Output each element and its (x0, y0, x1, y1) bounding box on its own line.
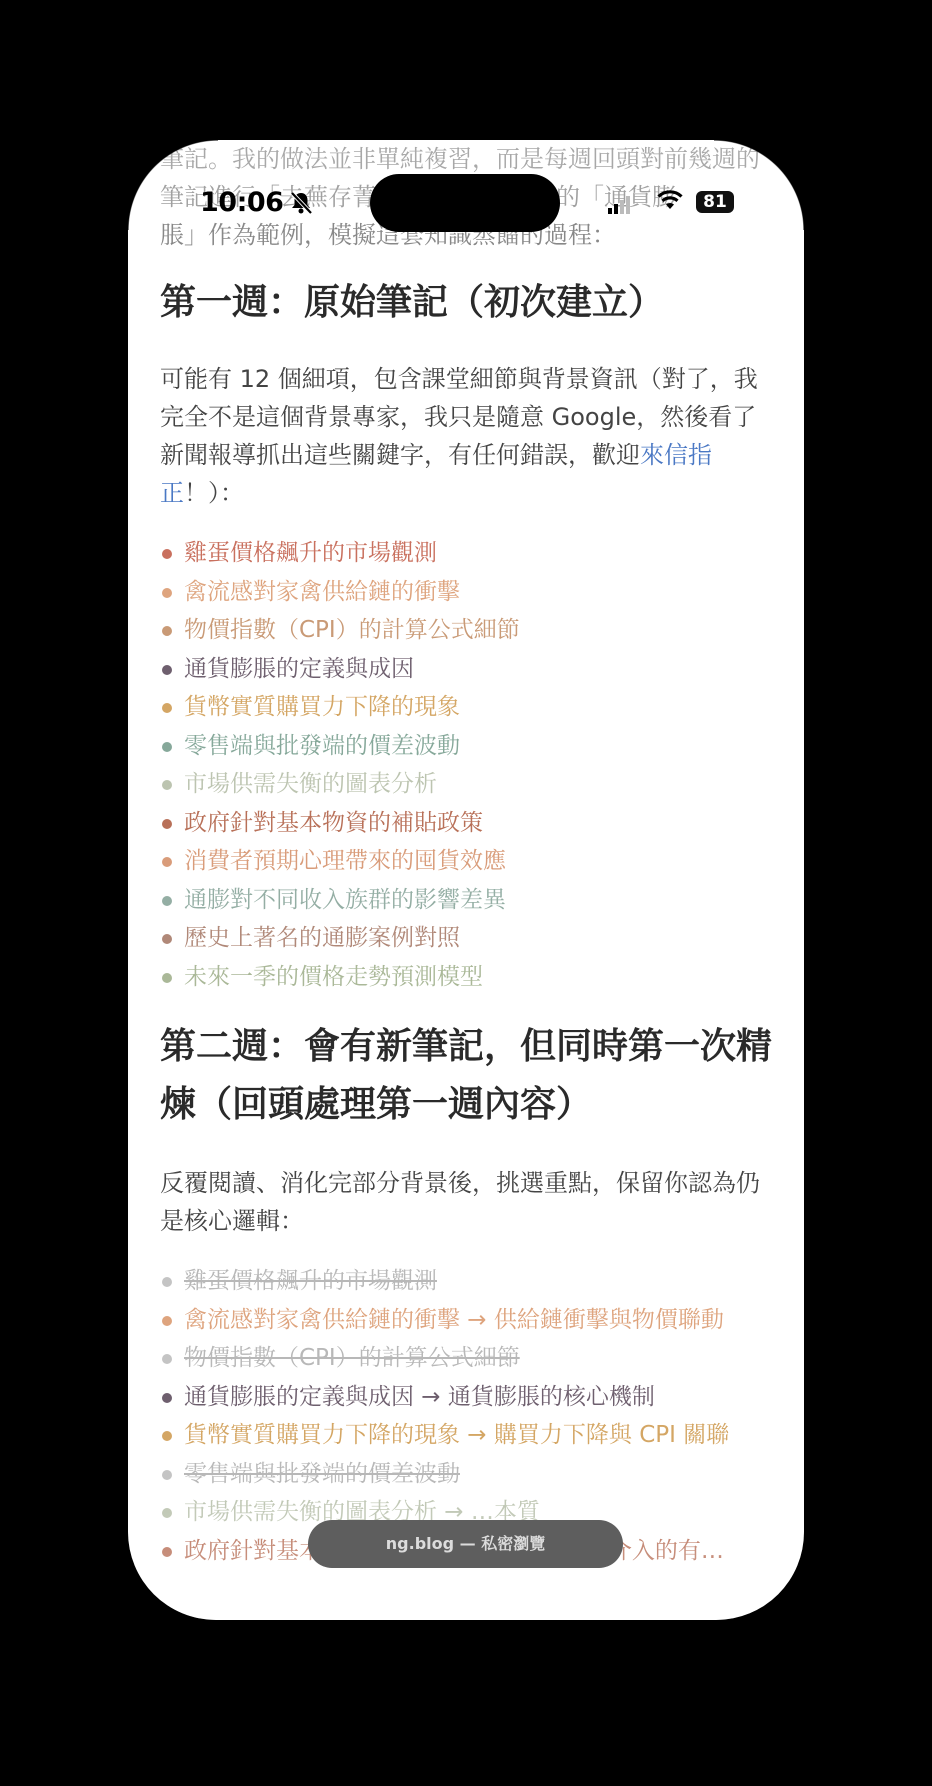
note-item-text: 禽流感對家禽供給鏈的衝擊 (184, 579, 460, 605)
bullet-dot-icon (162, 1316, 172, 1326)
note-item-text: 零售端與批發端的價差波動 (184, 733, 460, 759)
note-item: 零售端與批發端的價差波動 (160, 727, 780, 766)
note-item-text: 通貨膨脹的定義與成因 (184, 656, 414, 682)
week1-paragraph-end: ！）： (184, 479, 244, 507)
battery-indicator: 81 (696, 191, 734, 213)
bullet-dot-icon (162, 742, 172, 752)
bullet-dot-icon (162, 1431, 172, 1441)
note-item: 禽流感對家禽供給鏈的衝擊 (160, 573, 780, 612)
note-item-text: 通膨對不同收入族群的影響差異 (184, 887, 506, 913)
bullet-dot-icon (162, 1277, 172, 1287)
note-item: 歷史上著名的通膨案例對照 (160, 919, 780, 958)
intro-line-1: 筆記。我的做法並非單純複習，而是每週回頭對前幾週的 (160, 140, 780, 178)
note-item-text: 禽流感對家禽供給鏈的衝擊 → 供給鏈衝擊與物價聯動 (184, 1307, 724, 1333)
note-item: 通膨對不同收入族群的影響差異 (160, 881, 780, 920)
note-item: 雞蛋價格飆升的市場觀測 (160, 1262, 780, 1301)
note-item-text: 政府針對基本物資的補貼政策 (184, 810, 483, 836)
note-item: 未來一季的價格走勢預測模型 (160, 958, 780, 997)
bullet-dot-icon (162, 896, 172, 906)
phone-screen: 筆記。我的做法並非單純複習，而是每週回頭對前幾週的 筆記進行「去蕪存菁」，……見… (128, 140, 804, 1620)
bullet-dot-icon (162, 626, 172, 636)
note-item: 通貨膨脹的定義與成因 (160, 650, 780, 689)
bullet-dot-icon (162, 703, 172, 713)
note-item-text: 市場供需失衡的圖表分析 (184, 771, 437, 797)
dynamic-island (370, 174, 560, 232)
bullet-dot-icon (162, 588, 172, 598)
bullet-dot-icon (162, 973, 172, 983)
note-item: 消費者預期心理帶來的囤貨效應 (160, 842, 780, 881)
signal-bars-icon (608, 195, 632, 214)
note-item: 貨幣實質購買力下降的現象 → 購買力下降與 CPI 關聯 (160, 1416, 780, 1455)
note-item-text: 貨幣實質購買力下降的現象 (184, 694, 460, 720)
bullet-dot-icon (162, 780, 172, 790)
status-time: 10:06 (200, 187, 283, 218)
note-item-text: 零售端與批發端的價差波動 (184, 1461, 460, 1487)
wifi-icon (656, 189, 684, 215)
note-item: 零售端與批發端的價差波動 (160, 1455, 780, 1494)
note-item-text: 貨幣實質購買力下降的現象 → 購買力下降與 CPI 關聯 (184, 1422, 729, 1448)
note-item-text: 雞蛋價格飆升的市場觀測 (184, 1268, 437, 1294)
week1-heading: 第一週：原始筆記（初次建立） (160, 274, 780, 332)
note-item-text: 雞蛋價格飆升的市場觀測 (184, 540, 437, 566)
week1-notes-list: 雞蛋價格飆升的市場觀測禽流感對家禽供給鏈的衝擊物價指數（CPI）的計算公式細節通… (160, 534, 780, 996)
bullet-dot-icon (162, 665, 172, 675)
note-item-text: 消費者預期心理帶來的囤貨效應 (184, 848, 506, 874)
note-item: 市場供需失衡的圖表分析 (160, 765, 780, 804)
week2-heading: 第二週：會有新筆記，但同時第一次精煉（回頭處理第一週內容） (160, 1018, 780, 1134)
bullet-dot-icon (162, 1393, 172, 1403)
note-item-text: 歷史上著名的通膨案例對照 (184, 925, 460, 951)
bullet-dot-icon (162, 1470, 172, 1480)
note-item: 雞蛋價格飆升的市場觀測 (160, 534, 780, 573)
note-item: 物價指數（CPI）的計算公式細節 (160, 611, 780, 650)
browser-url-bar[interactable]: ng.blog — 私密瀏覽 (308, 1520, 623, 1568)
bell-slash-icon (288, 190, 314, 216)
week1-paragraph: 可能有 12 個細項，包含課堂細節與背景資訊（對了，我完全不是這個背景專家，我只… (160, 360, 780, 512)
note-item: 禽流感對家禽供給鏈的衝擊 → 供給鏈衝擊與物價聯動 (160, 1301, 780, 1340)
note-item: 物價指數（CPI）的計算公式細節 (160, 1339, 780, 1378)
bullet-dot-icon (162, 857, 172, 867)
bullet-dot-icon (162, 934, 172, 944)
note-item: 通貨膨脹的定義與成因 → 通貨膨脹的核心機制 (160, 1378, 780, 1417)
note-item-text: 物價指數（CPI）的計算公式細節 (184, 1345, 520, 1371)
article-content: 筆記。我的做法並非單純複習，而是每週回頭對前幾週的 筆記進行「去蕪存菁」，……見… (160, 140, 780, 1570)
bullet-dot-icon (162, 1354, 172, 1364)
week2-paragraph: 反覆閱讀、消化完部分背景後，挑選重點，保留你認為仍是核心邏輯： (160, 1164, 780, 1240)
note-item-text: 物價指數（CPI）的計算公式細節 (184, 617, 520, 643)
bullet-dot-icon (162, 1508, 172, 1518)
note-item-text: 通貨膨脹的定義與成因 → 通貨膨脹的核心機制 (184, 1384, 655, 1410)
bullet-dot-icon (162, 1547, 172, 1557)
bullet-dot-icon (162, 819, 172, 829)
note-item: 政府針對基本物資的補貼政策 (160, 804, 780, 843)
note-item: 貨幣實質購買力下降的現象 (160, 688, 780, 727)
bullet-dot-icon (162, 549, 172, 559)
note-item-text: 未來一季的價格走勢預測模型 (184, 964, 483, 990)
